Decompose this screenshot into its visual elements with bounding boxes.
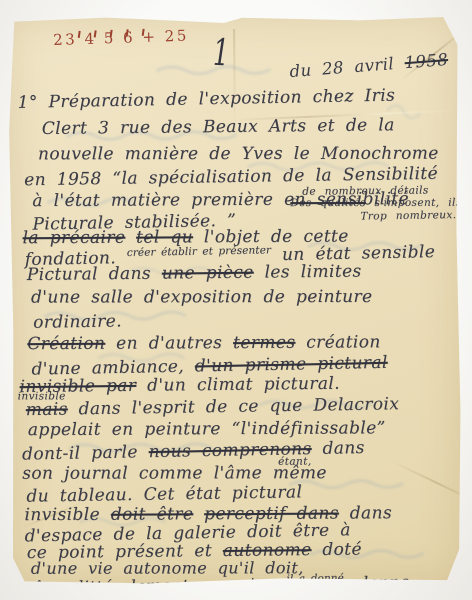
text-segment: d'une salle d'exposition de peinture <box>31 287 373 308</box>
scan-background: 23 4 5 6 + 25 1 du 28 avril 1958 1° Prép… <box>0 0 472 600</box>
struck-text: une pièce <box>162 263 254 284</box>
text-segment: dont-il parle <box>22 442 149 464</box>
manuscript-line: appelait en peinture “l'indéfinissable” <box>28 418 386 440</box>
manuscript-line: de nombreux détails <box>302 184 429 197</box>
text-segment: créer établir et présenter <box>127 244 272 259</box>
struck-text: mais <box>26 399 68 420</box>
text-segment: de nombreux détails <box>302 184 429 197</box>
manuscript-line: Des qualités s'imposent, ils sont <box>290 197 472 209</box>
manuscript-line: Clert 3 rue des Beaux Arts et de la <box>42 115 395 139</box>
manuscript-body: 1° Préparation de l'exposition chez Iris… <box>7 13 459 16</box>
manuscript-line: Pictural dans une pièce les limites <box>27 262 362 286</box>
text-segment <box>193 504 204 524</box>
text-segment: doté <box>311 540 362 561</box>
manuscript-line: invisible par d'un climat pictural. <box>19 374 340 397</box>
text-segment: nouvelle manière de Yves le Monochrome <box>38 144 439 165</box>
text-segment: création <box>295 332 380 352</box>
text-segment: Clert 3 rue des Beaux Arts et de la <box>42 115 395 139</box>
struck-text: donne <box>347 572 410 592</box>
struck-text: termes <box>233 333 295 353</box>
struck-text: Des qualités <box>290 197 365 209</box>
struck-text: tel qu <box>136 227 193 247</box>
struck-text: la précaire <box>23 228 126 249</box>
text-segment: appelait en peinture “l'indéfinissable” <box>28 418 386 440</box>
struck-text: Création <box>27 334 105 354</box>
date-struck-year: 1958 <box>404 50 449 72</box>
text-segment: être littéralement ce qu'on <box>33 574 287 597</box>
manuscript-line: son journal comme l'âme même <box>22 463 327 484</box>
manuscript-line: Création en d'autres termes création <box>27 332 381 354</box>
text-segment: les limites <box>254 262 362 283</box>
page-number: 1 <box>213 31 230 75</box>
text-segment: dans <box>311 438 364 459</box>
text-segment: s'imposent, ils sont <box>366 197 472 209</box>
text-segment: en d'autres <box>105 333 233 354</box>
text-segment: Trop nombreux. <box>360 209 456 223</box>
text-segment <box>125 228 136 248</box>
manuscript-page: 23 4 5 6 + 25 1 du 28 avril 1958 1° Prép… <box>7 13 463 586</box>
text-segment: Pictural dans <box>27 264 162 285</box>
struck-text: doit être <box>111 504 194 524</box>
struck-text: d'un prisme pictural <box>195 353 388 377</box>
manuscript-line: d'une salle d'exposition de peinture <box>31 287 373 308</box>
manuscript-line: ordinaire. <box>33 311 122 332</box>
manuscript-line: Trop nombreux. <box>360 209 456 223</box>
text-segment: il a donné, <box>286 572 347 585</box>
text-segment: invisible <box>24 505 110 525</box>
text-segment: d'un climat pictural. <box>136 374 340 396</box>
text-segment: son journal comme l'âme même <box>22 463 327 484</box>
manuscript-line: nouvelle manière de Yves le Monochrome <box>38 144 439 165</box>
text-segment: ordinaire. <box>33 311 122 332</box>
